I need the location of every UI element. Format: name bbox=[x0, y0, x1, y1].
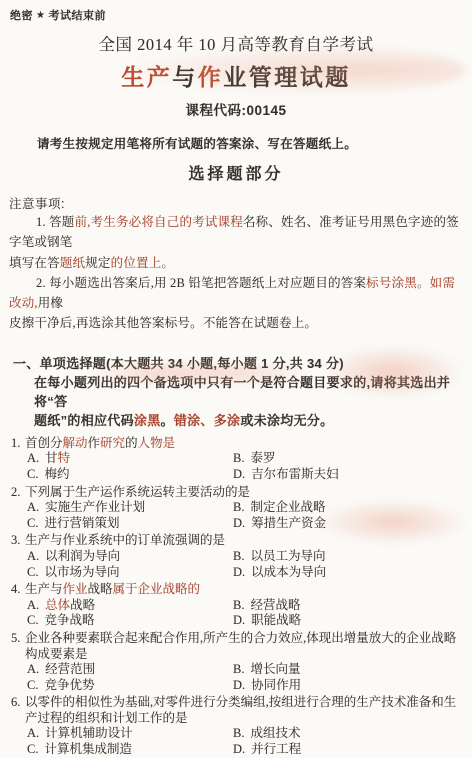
red-text-segment: 人物是 bbox=[138, 436, 176, 450]
question-number: 1. bbox=[11, 436, 20, 452]
option-text: 职能战略 bbox=[251, 613, 301, 629]
text-segment: 制定企业战略 bbox=[250, 500, 325, 514]
question-number: 2. bbox=[11, 485, 20, 501]
question-stem-line: 5.企业各种要素联合起来配合作用,所产生的合力效应,体现出增量放大的企业战略 bbox=[25, 631, 472, 647]
red-text-segment: 属于企业战略的 bbox=[113, 582, 201, 596]
text-segment: 实施生产作业计划 bbox=[45, 500, 145, 514]
option-text: 以成本为导向 bbox=[251, 565, 326, 581]
text-segment: 下列属于生产运作系统运转主要活动的是 bbox=[25, 485, 250, 499]
option-row: A.以利润为导向B.以员工为导向 bbox=[27, 549, 472, 565]
option-text: 甘特 bbox=[45, 451, 70, 467]
text-segment: 战略 bbox=[70, 598, 95, 612]
text-segment: 。 bbox=[161, 413, 174, 428]
option-text: 实施生产作业计划 bbox=[45, 500, 145, 516]
text-segment: 皮擦干净后,再选涂其他答案标号。不能答在试题卷上。 bbox=[9, 316, 317, 330]
question-item: 4.生产与作业战略属于企业战略的A.总体战略B.经营战略C.竞争战略D.职能战略 bbox=[0, 582, 472, 629]
red-text-segment: 总体 bbox=[45, 598, 70, 612]
option-row: C.进行营销策划D.筹措生产资金 bbox=[27, 516, 472, 532]
red-text-segment: 前,考生务必将自己的考试课程 bbox=[75, 215, 243, 229]
option-C: C.竞争战略 bbox=[27, 613, 233, 629]
part1-instruction-line-1: 在每小题列出的四个备选项中只有一个是符合题目要求的,请将其选出并将“答 bbox=[34, 373, 472, 411]
red-text-segment: 研究 bbox=[100, 436, 125, 450]
option-label: B. bbox=[233, 549, 244, 565]
star-icon: ★ bbox=[36, 10, 45, 21]
option-text: 以市场为导向 bbox=[44, 565, 119, 581]
red-text-segment: 作业 bbox=[63, 582, 88, 596]
option-text: 经营战略 bbox=[250, 598, 300, 614]
red-text-segment: 的位置上。 bbox=[111, 256, 175, 270]
option-row: A.经营范围B.增长向量 bbox=[27, 662, 472, 676]
option-text: 泰罗 bbox=[250, 451, 275, 467]
text-segment: 的 bbox=[125, 436, 138, 450]
option-label: B. bbox=[233, 598, 244, 614]
text-segment: 或未涂均无分。 bbox=[240, 413, 333, 428]
option-A: A.实施生产作业计划 bbox=[27, 500, 233, 516]
text-segment: 进行营销策划 bbox=[44, 516, 119, 530]
option-text: 以员工为导向 bbox=[250, 549, 325, 565]
option-C: C.梅约 bbox=[27, 467, 233, 483]
option-label: C. bbox=[27, 565, 38, 581]
option-label: D. bbox=[233, 613, 245, 629]
exam-session-title: 全国 2014 年 10 月高等教育自学考试 bbox=[0, 31, 472, 55]
option-B: B.以员工为导向 bbox=[233, 549, 325, 565]
option-text: 制定企业战略 bbox=[250, 500, 325, 516]
option-B: B.经营战略 bbox=[233, 598, 300, 614]
question-stem-line: 3.生产与作业系统中的订单流强调的是 bbox=[25, 533, 472, 549]
option-row: C.竞争战略D.职能战略 bbox=[27, 613, 472, 629]
option-label: B. bbox=[233, 662, 244, 676]
text-segment: 规定 bbox=[85, 256, 110, 270]
option-A: A.以利润为导向 bbox=[27, 549, 233, 565]
question-list: 1.首创分解动作研究的人物是A.甘特B.泰罗C.梅约D.吉尔布雷斯夫妇2.下列属… bbox=[0, 436, 472, 676]
security-label: 绝密 bbox=[10, 10, 33, 22]
paper-title: 生产与作业管理试题 bbox=[0, 59, 472, 92]
text-segment: 题纸”的相应代码 bbox=[34, 413, 134, 428]
question-stem-line: 1.首创分解动作研究的人物是 bbox=[25, 436, 472, 452]
option-label: A. bbox=[27, 549, 39, 565]
text-segment: 经营战略 bbox=[250, 598, 300, 612]
part1-heading: 一、单项选择题(本大题共 34 小题,每小题 1 分,共 34 分) bbox=[13, 354, 472, 373]
part1-section: 一、单项选择题(本大题共 34 小题,每小题 1 分,共 34 分) 在每小题列… bbox=[0, 354, 472, 676]
option-label: A. bbox=[27, 500, 39, 516]
option-text: 竞争战略 bbox=[44, 613, 94, 629]
red-text-segment: 涂黑 bbox=[134, 413, 161, 428]
note-item-line: 2. 每小题选出答案后,用 2B 铅笔把答题纸上对应题目的答案标号涂黑。如需改动… bbox=[9, 273, 466, 314]
question-stem-line: 2.下列属于生产运作系统运转主要活动的是 bbox=[25, 485, 472, 501]
option-row: A.甘特B.泰罗 bbox=[27, 451, 472, 467]
text-segment: 以市场为导向 bbox=[44, 565, 119, 579]
course-code-value: 00145 bbox=[246, 103, 286, 118]
text-segment: 泰罗 bbox=[250, 451, 275, 465]
text-segment: 以成本为导向 bbox=[251, 565, 326, 579]
option-row: C.梅约D.吉尔布雷斯夫妇 bbox=[27, 467, 472, 483]
question-item: 3.生产与作业系统中的订单流强调的是A.以利润为导向B.以员工为导向C.以市场为… bbox=[0, 533, 472, 580]
option-label: B. bbox=[233, 451, 244, 467]
text-segment: 生产与作业系统中的订单流强调的是 bbox=[25, 533, 225, 547]
text-segment: 用橡 bbox=[38, 296, 63, 310]
part1-instruction-line-2: 题纸”的相应代码涂黑。错涂、多涂或未涂均无分。 bbox=[34, 411, 472, 430]
red-text-segment: 题纸 bbox=[60, 256, 85, 270]
course-code-line: 课程代码:00145 bbox=[0, 99, 472, 119]
exam-paper-page: 绝密★考试结束前 全国 2014 年 10 月高等教育自学考试 生产与作业管理试… bbox=[0, 0, 472, 676]
question-item: 2.下列属于生产运作系统运转主要活动的是A.实施生产作业计划B.制定企业战略C.… bbox=[0, 485, 472, 532]
option-label: B. bbox=[233, 500, 244, 516]
section-title: 选择题部分 bbox=[0, 161, 472, 184]
question-number: 5. bbox=[11, 631, 20, 647]
text-segment: 企业各种要素联合起来配合作用,所产生的合力效应,体现出增量放大的企业战略 bbox=[25, 631, 456, 645]
text-segment: 1. 答题 bbox=[36, 215, 75, 229]
text-segment: 首创分 bbox=[25, 436, 63, 450]
text-segment: 以利润为导向 bbox=[45, 549, 120, 563]
option-B: B.增长向量 bbox=[233, 662, 300, 676]
text-segment: 筹措生产资金 bbox=[251, 516, 326, 530]
question-item: 1.首创分解动作研究的人物是A.甘特B.泰罗C.梅约D.吉尔布雷斯夫妇 bbox=[0, 436, 472, 483]
option-row: A.实施生产作业计划B.制定企业战略 bbox=[27, 500, 472, 516]
option-label: C. bbox=[27, 467, 38, 483]
option-D: D.吉尔布雷斯夫妇 bbox=[233, 467, 339, 483]
option-A: A.总体战略 bbox=[27, 598, 233, 614]
question-stem-line: 4.生产与作业战略属于企业战略的 bbox=[25, 582, 472, 598]
option-text: 梅约 bbox=[44, 467, 69, 483]
security-line: 绝密★考试结束前 bbox=[0, 0, 472, 23]
general-instruction: 请考生按规定用笔将所有试题的答案涂、写在答题纸上。 bbox=[10, 134, 462, 152]
text-segment: 生产与 bbox=[25, 582, 63, 596]
option-A: A.经营范围 bbox=[27, 662, 233, 676]
option-label: D. bbox=[233, 516, 245, 532]
text-segment: 以员工为导向 bbox=[250, 549, 325, 563]
option-label: D. bbox=[233, 467, 245, 483]
option-row: C.以市场为导向D.以成本为导向 bbox=[27, 565, 472, 581]
notes-list: 1. 答题前,考生务必将自己的考试课程名称、姓名、准考证号用黑色字迹的签字笔或钢… bbox=[0, 212, 472, 334]
option-D: D.职能战略 bbox=[233, 613, 301, 629]
option-D: D.筹措生产资金 bbox=[233, 516, 326, 532]
option-text: 增长向量 bbox=[250, 662, 300, 676]
question-number: 4. bbox=[11, 582, 20, 598]
question-number: 3. bbox=[11, 533, 20, 549]
question-item: 5.企业各种要素联合起来配合作用,所产生的合力效应,体现出增量放大的企业战略构成… bbox=[0, 631, 472, 676]
option-label: A. bbox=[27, 598, 39, 614]
text-segment: 经营范围 bbox=[45, 662, 95, 676]
option-B: B.制定企业战略 bbox=[233, 500, 325, 516]
text-segment: 战略 bbox=[88, 582, 113, 596]
text-segment: 业管理试题 bbox=[223, 64, 351, 90]
text-segment: 吉尔布雷斯夫妇 bbox=[251, 467, 339, 481]
option-label: D. bbox=[233, 565, 245, 581]
option-row: A.总体战略B.经营战略 bbox=[27, 598, 472, 614]
option-C: C.以市场为导向 bbox=[27, 565, 233, 581]
option-text: 进行营销策划 bbox=[44, 516, 119, 532]
option-label: C. bbox=[27, 516, 38, 532]
text-segment: 填写在答 bbox=[9, 256, 60, 270]
notes-heading: 注意事项: bbox=[9, 194, 472, 212]
option-D: D.以成本为导向 bbox=[233, 565, 326, 581]
text-segment: 构成要素是 bbox=[25, 647, 88, 661]
question-stem-line: 构成要素是 bbox=[25, 647, 472, 663]
option-A: A.甘特 bbox=[27, 451, 233, 467]
option-text: 筹措生产资金 bbox=[251, 516, 326, 532]
note-item-line: 填写在答题纸规定的位置上。 bbox=[9, 253, 466, 273]
option-B: B.泰罗 bbox=[233, 451, 275, 467]
red-text-segment: 作 bbox=[198, 64, 224, 90]
text-segment: 2. 每小题选出答案后,用 2B 铅笔把答题纸上对应题目的答案 bbox=[36, 276, 366, 290]
text-segment: 增长向量 bbox=[250, 662, 300, 676]
option-label: C. bbox=[27, 613, 38, 629]
option-text: 总体战略 bbox=[45, 598, 95, 614]
red-text-segment: 生产 bbox=[121, 64, 172, 90]
text-segment: 作 bbox=[88, 436, 101, 450]
note-item-line: 皮擦干净后,再选涂其他答案标号。不能答在试题卷上。 bbox=[9, 313, 466, 333]
note-item-line: 1. 答题前,考生务必将自己的考试课程名称、姓名、准考证号用黑色字迹的签字笔或钢… bbox=[9, 212, 466, 253]
text-segment: 竞争战略 bbox=[44, 613, 94, 627]
option-label: A. bbox=[27, 662, 39, 676]
red-text-segment: 错涂、多涂 bbox=[174, 413, 241, 428]
red-text-segment: 特 bbox=[58, 451, 71, 465]
red-text-segment: 解动 bbox=[63, 436, 88, 450]
option-C: C.进行营销策划 bbox=[27, 516, 233, 532]
course-code-label: 课程代码: bbox=[185, 103, 246, 118]
option-label: A. bbox=[27, 451, 39, 467]
text-segment: 职能战略 bbox=[251, 613, 301, 627]
timing-label: 考试结束前 bbox=[48, 10, 106, 22]
option-text: 吉尔布雷斯夫妇 bbox=[251, 467, 339, 483]
text-segment: 与 bbox=[172, 64, 198, 90]
text-segment: 梅约 bbox=[44, 467, 69, 481]
text-segment: 甘 bbox=[45, 451, 58, 465]
option-text: 经营范围 bbox=[45, 662, 95, 676]
option-text: 以利润为导向 bbox=[45, 549, 120, 565]
